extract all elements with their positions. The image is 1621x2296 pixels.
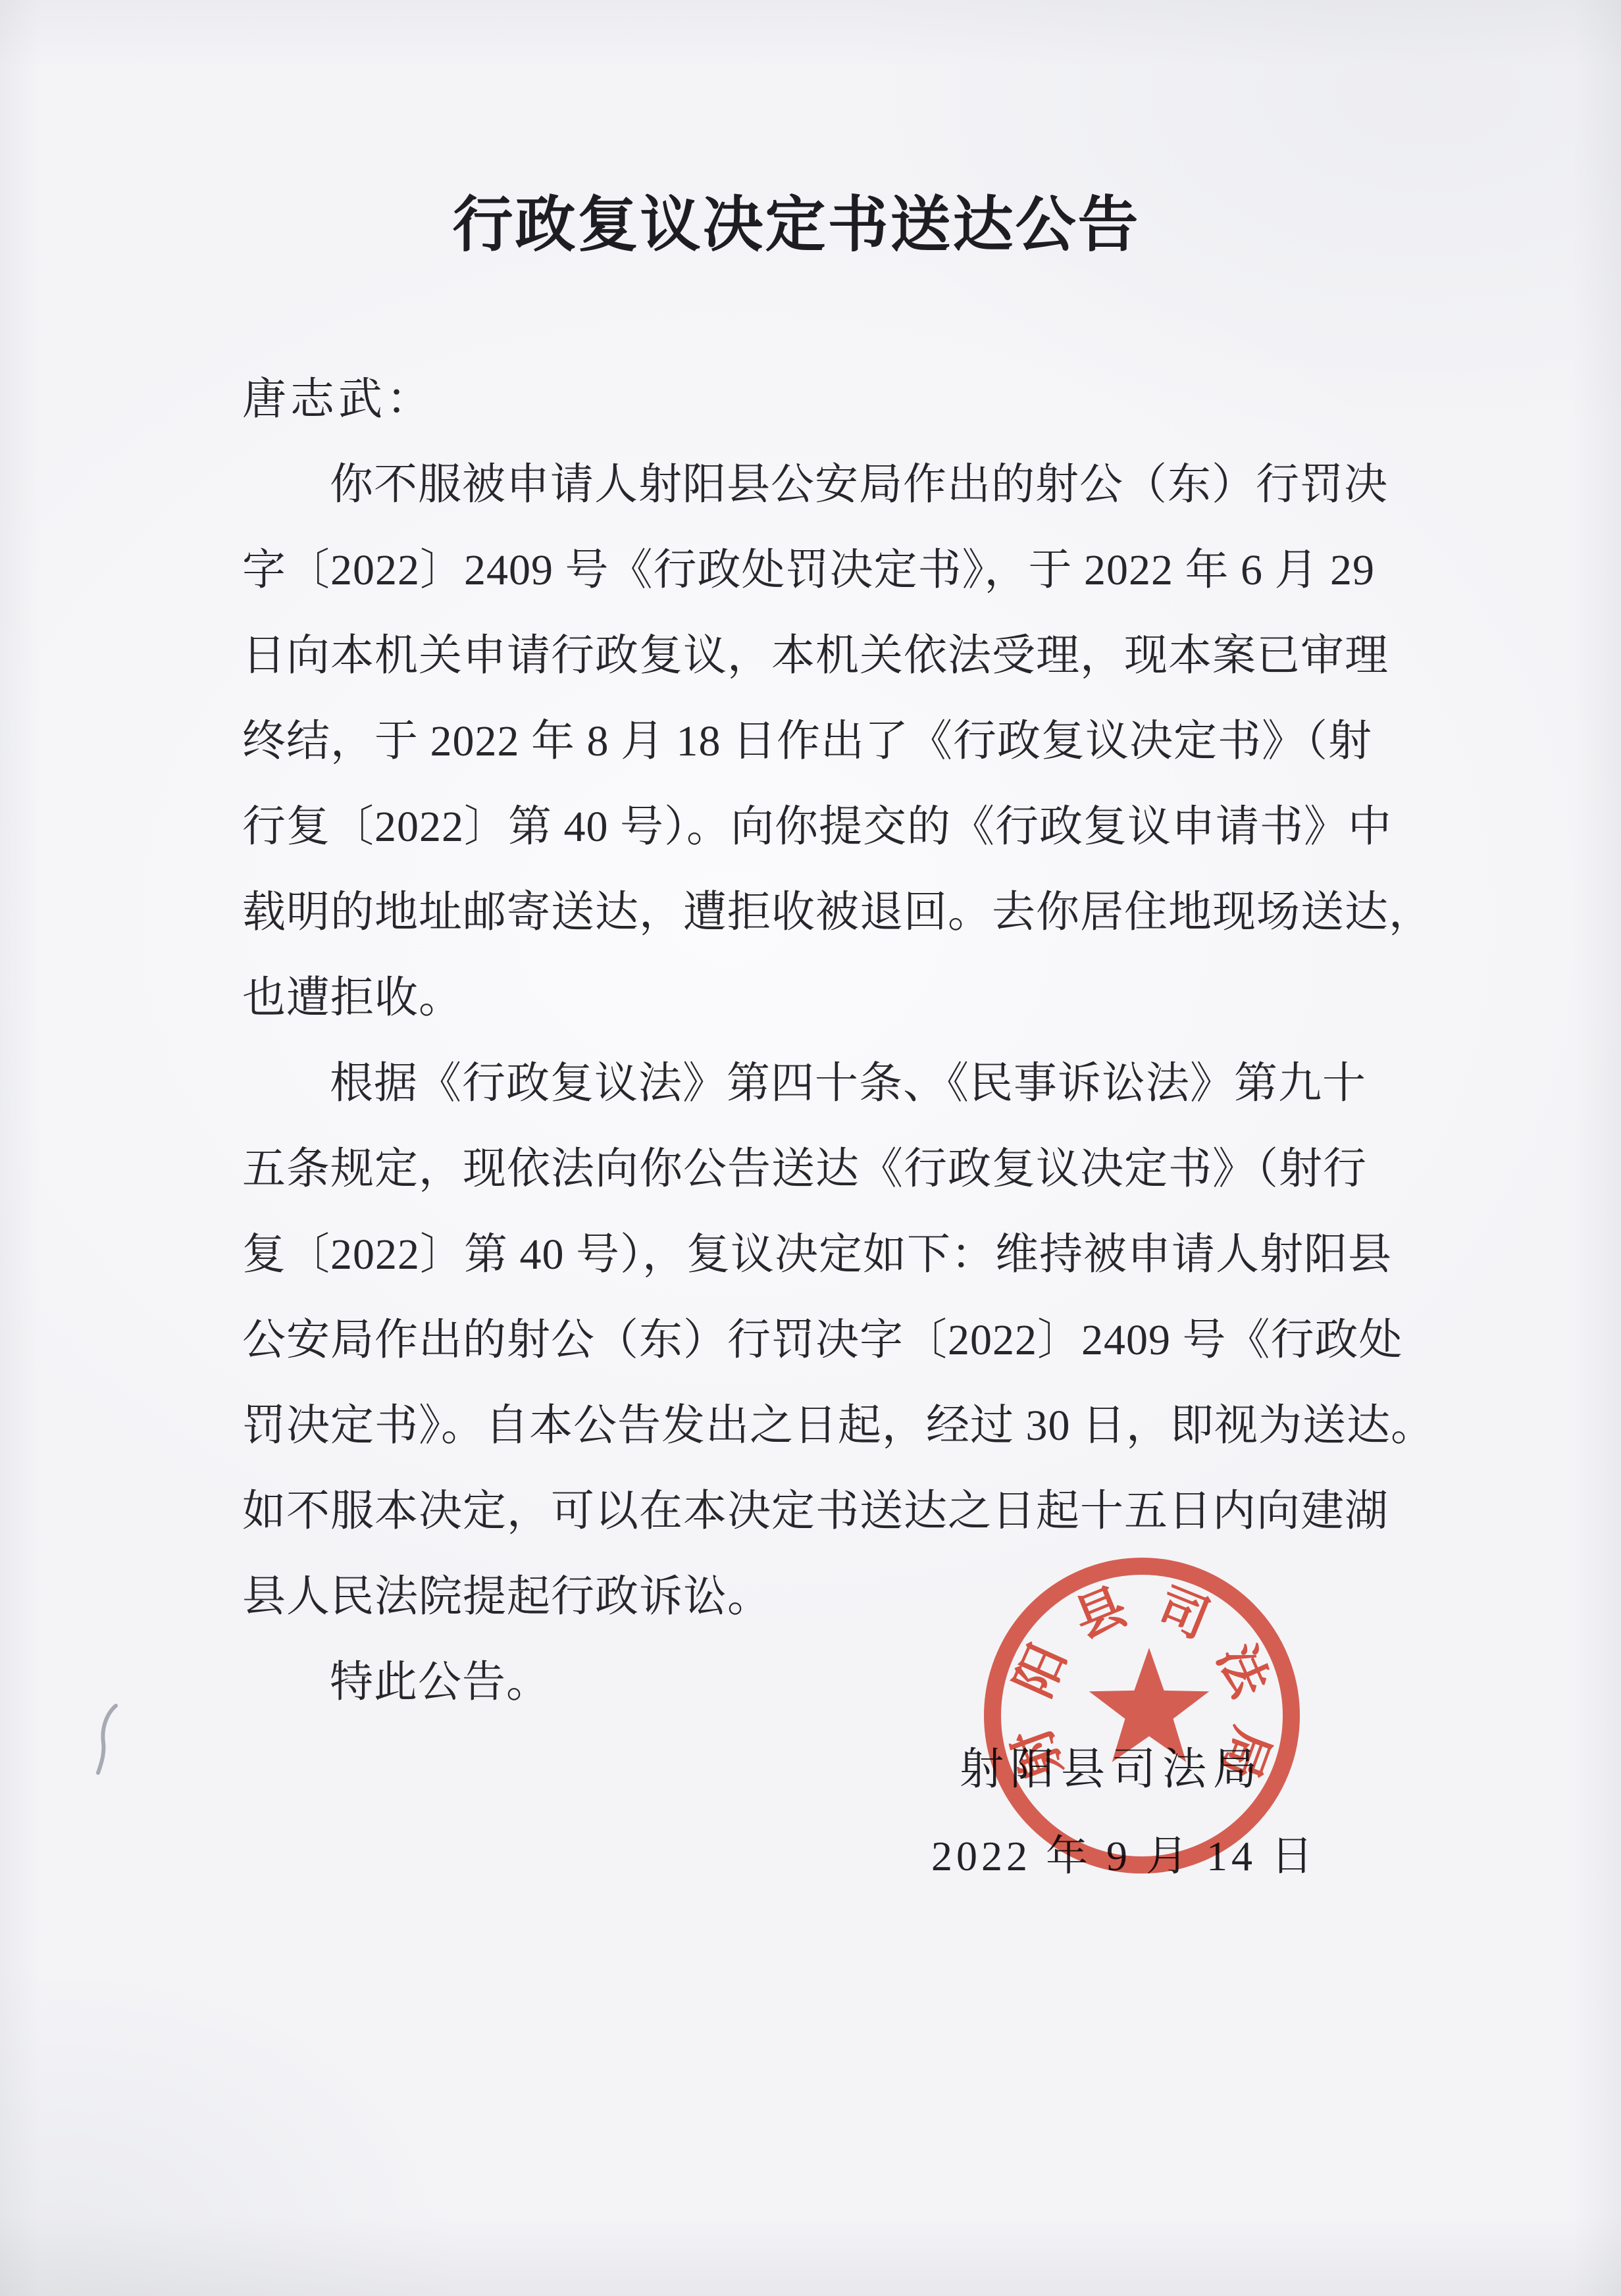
body-line-10: 复〔2022〕第 40 号），复议决定如下：维持被申请人射阳县 [242, 1212, 1371, 1298]
body-line-11: 公安局作出的射公（东）行罚决字〔2022〕2409 号《行政处 [242, 1298, 1371, 1383]
body-line-6: 载明的地址邮寄送达，遭拒收被退回。去你居住地现场送达， [242, 870, 1371, 956]
body-line-1: 你不服被申请人射阳县公安局作出的射公（东）行罚决 [242, 442, 1458, 528]
body-line-4: 终结，于 2022 年 8 月 18 日作出了《行政复议决定书》（射 [242, 699, 1371, 784]
body-line-13: 如不服本决定，可以在本决定书送达之日起十五日内向建湖 [242, 1469, 1371, 1554]
body-line-12: 罚决定书》。自本公告发出之日起，经过 30 日，即视为送达。 [242, 1383, 1371, 1469]
body-line-2: 字〔2022〕2409 号《行政处罚决定书》，于 2022 年 6 月 29 [242, 528, 1371, 613]
official-seal: 射 阳 县 司 法 局 [982, 1556, 1302, 1875]
document-title: 行政复议决定书送达公告 [0, 179, 1593, 271]
scanned-document-page: 行政复议决定书送达公告 唐志武： 你不服被申请人射阳县公安局作出的射公（东）行罚… [0, 0, 1621, 2296]
body-line-3: 日向本机关申请行政复议，本机关依法受理，现本案已审理 [242, 613, 1371, 699]
pen-scratch-mark [87, 1699, 133, 1785]
salutation: 唐志武： [242, 357, 434, 442]
body-line-8: 根据《行政复议法》第四十条、《民事诉讼法》第九十 [242, 1041, 1458, 1127]
seal-star-icon [1089, 1648, 1210, 1762]
body-line-9: 五条规定，现依法向你公告送达《行政复议决定书》（射行 [242, 1127, 1371, 1212]
body-line-7: 也遭拒收。 [242, 956, 1371, 1041]
body-line-5: 行复〔2022〕第 40 号）。向你提交的《行政复议申请书》中 [242, 784, 1371, 870]
